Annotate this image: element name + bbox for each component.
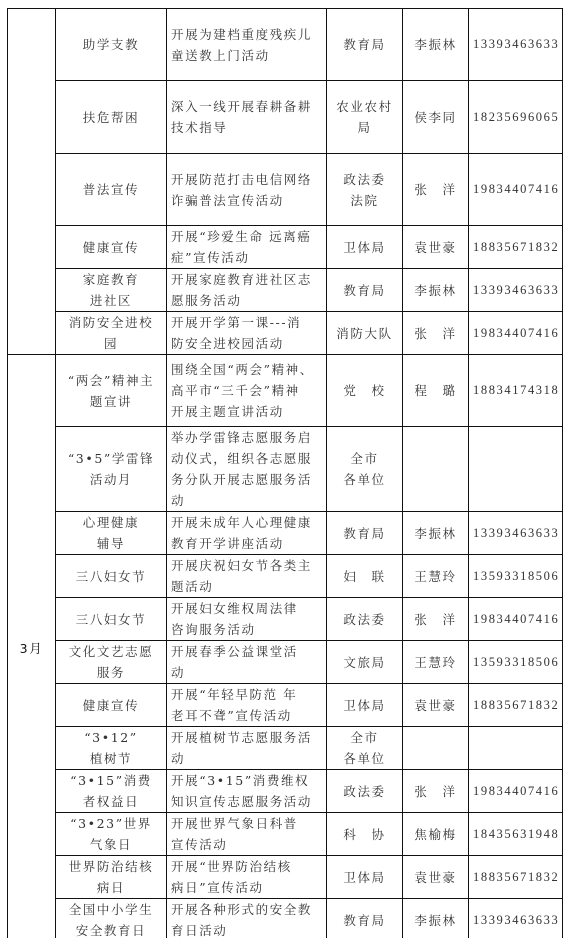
department-cell-line: 党 校 [331, 380, 398, 401]
activity-name-cell-line: 活动月 [60, 469, 162, 490]
activity-description-cell-line: 深入一线开展春耕备耕 [171, 96, 322, 117]
activity-description-cell-line: 开展世界气象日科普 [171, 813, 322, 834]
activity-description-cell: 开展春季公益课堂活动 [167, 641, 327, 684]
table-row: 世界防治结核病日开展“世界防治结核病日”宣传活动卫体局袁世豪1883567183… [8, 856, 563, 899]
department-cell-line: 农业农村 [331, 96, 398, 117]
department-cell: 消防大队 [327, 312, 403, 355]
department-cell-line: 卫体局 [331, 237, 398, 258]
contact-person-cell: 袁世豪 [403, 226, 469, 269]
activity-schedule-table: 助学支教开展为建档重度残疾儿童送教上门活动教育局李振林13393463633扶危… [7, 8, 563, 938]
phone-number-cell: 13593318506 [469, 555, 563, 598]
department-cell-line: 全市 [331, 727, 398, 748]
activity-name-cell-line: 助学支教 [60, 34, 162, 55]
phone-number-cell: 18835671832 [469, 684, 563, 727]
activity-name-cell-line: 健康宣传 [60, 695, 162, 716]
activity-name-cell: “3•23”世界气象日 [56, 813, 167, 856]
activity-name-cell: 普法宣传 [56, 154, 167, 226]
activity-description-cell-line: 开展家庭教育进社区志 [171, 269, 322, 290]
department-cell: 政法委法院 [327, 154, 403, 226]
department-cell-line: 科 协 [331, 824, 398, 845]
phone-number-cell [469, 427, 563, 512]
activity-name-cell: 三八妇女节 [56, 555, 167, 598]
activity-name-cell-line: 安全教育日 [60, 920, 162, 938]
activity-name-cell-line: “3•15”消费 [60, 770, 162, 791]
table-row: 全国中小学生安全教育日开展各种形式的安全教育日活动教育局李振林133934636… [8, 899, 563, 938]
activity-name-cell-line: 健康宣传 [60, 237, 162, 258]
activity-name-cell: 扶危帮困 [56, 81, 167, 154]
contact-person-cell: 李振林 [403, 899, 469, 938]
activity-description-cell-line: 开展植树节志愿服务活 [171, 727, 322, 748]
month-cell [8, 9, 56, 355]
contact-person-cell: 李振林 [403, 512, 469, 555]
phone-number-cell: 19834407416 [469, 770, 563, 813]
table-row: “3•23”世界气象日开展世界气象日科普宣传活动科 协焦榆梅1843563194… [8, 813, 563, 856]
activity-description-cell: 开展庆祝妇女节各类主题活动 [167, 555, 327, 598]
department-cell: 教育局 [327, 9, 403, 81]
activity-name-cell-line: 题宣讲 [60, 391, 162, 412]
activity-name-cell: 助学支教 [56, 9, 167, 81]
contact-person-cell: 李振林 [403, 269, 469, 312]
activity-name-cell-line: “3•5”学雷锋 [60, 448, 162, 469]
department-cell-line: 卫体局 [331, 695, 398, 716]
department-cell-line: 卫体局 [331, 867, 398, 888]
contact-person-cell: 张 洋 [403, 770, 469, 813]
activity-name-cell-line: 心理健康 [60, 512, 162, 533]
activity-name-cell-line: 全国中小学生 [60, 899, 162, 920]
activity-description-cell: 开展家庭教育进社区志愿服务活动 [167, 269, 327, 312]
contact-person-cell: 程 璐 [403, 355, 469, 427]
activity-description-cell-line: 开展为建档重度残疾儿 [171, 24, 322, 45]
activity-description-cell-line: 开展春季公益课堂活 [171, 641, 322, 662]
activity-description-cell: 开展防范打击电信网络诈骗普法宣传活动 [167, 154, 327, 226]
department-cell: 教育局 [327, 899, 403, 938]
activity-name-cell-line: 家庭教育 [60, 269, 162, 290]
activity-description-cell: 开展妇女维权周法律咨询服务活动 [167, 598, 327, 641]
department-cell: 政法委 [327, 770, 403, 813]
department-cell: 党 校 [327, 355, 403, 427]
phone-number-cell: 18835671832 [469, 856, 563, 899]
activity-name-cell: 家庭教育进社区 [56, 269, 167, 312]
table-row: “3•12”植树节开展植树节志愿服务活动全市各单位 [8, 727, 563, 770]
phone-number-cell: 19834407416 [469, 312, 563, 355]
activity-name-cell-line: 病日 [60, 877, 162, 898]
activity-name-cell-line: 植树节 [60, 748, 162, 769]
phone-number-cell: 18235696065 [469, 81, 563, 154]
activity-description-cell-line: 开展“3•15”消费维权 [171, 770, 322, 791]
activity-description-cell-line: 开展“珍爱生命 远离癌 [171, 226, 322, 247]
table-row: 3月“两会”精神主题宣讲围绕全国“两会”精神、高平市“三千会”精神开展主题宣讲活… [8, 355, 563, 427]
activity-name-cell-line: 世界防治结核 [60, 856, 162, 877]
activity-name-cell-line: 消防安全进校 [60, 312, 162, 333]
activity-name-cell-line: “3•23”世界 [60, 813, 162, 834]
contact-person-cell: 李振林 [403, 9, 469, 81]
department-cell: 政法委 [327, 598, 403, 641]
activity-name-cell-line: 三八妇女节 [60, 609, 162, 630]
table-row: 助学支教开展为建档重度残疾儿童送教上门活动教育局李振林13393463633 [8, 9, 563, 81]
department-cell-line: 局 [331, 117, 398, 138]
activity-name-cell-line: 普法宣传 [60, 179, 162, 200]
table-row: “3•5”学雷锋活动月举办学雷锋志愿服务启动仪式，组织各志愿服务分队开展志愿服务… [8, 427, 563, 512]
activity-name-cell: “3•5”学雷锋活动月 [56, 427, 167, 512]
department-cell: 科 协 [327, 813, 403, 856]
activity-description-cell-line: 教育开学讲座活动 [171, 533, 322, 554]
activity-description-cell-line: 咨询服务活动 [171, 619, 322, 640]
table-row: 心理健康辅导开展未成年人心理健康教育开学讲座活动教育局李振林1339346363… [8, 512, 563, 555]
contact-person-cell: 王慧玲 [403, 641, 469, 684]
activity-name-cell: 全国中小学生安全教育日 [56, 899, 167, 938]
phone-number-cell: 18834174318 [469, 355, 563, 427]
department-cell-line: 政法委 [331, 609, 398, 630]
table-row: 健康宣传开展“珍爱生命 远离癌症”宣传活动卫体局袁世豪18835671832 [8, 226, 563, 269]
table-row: 健康宣传开展“年轻早防范 年老耳不聋”宣传活动卫体局袁世豪18835671832 [8, 684, 563, 727]
activity-description-cell: 开展为建档重度残疾儿童送教上门活动 [167, 9, 327, 81]
contact-person-cell: 王慧玲 [403, 555, 469, 598]
department-cell-line: 政法委 [331, 781, 398, 802]
department-cell-line: 法院 [331, 190, 398, 211]
activity-description-cell-line: 开展庆祝妇女节各类主 [171, 555, 322, 576]
department-cell: 文旅局 [327, 641, 403, 684]
activity-description-cell-line: 开展防范打击电信网络 [171, 169, 322, 190]
activity-description-cell-line: 育日活动 [171, 920, 322, 938]
phone-number-cell: 19834407416 [469, 154, 563, 226]
department-cell-line: 文旅局 [331, 652, 398, 673]
department-cell-line: 各单位 [331, 748, 398, 769]
activity-description-cell: 开展各种形式的安全教育日活动 [167, 899, 327, 938]
activity-description-cell-line: 开展开学第一课---消 [171, 312, 322, 333]
department-cell: 卫体局 [327, 684, 403, 727]
activity-description-cell-line: 防安全进校园活动 [171, 333, 322, 354]
activity-name-cell: “3•15”消费者权益日 [56, 770, 167, 813]
activity-description-cell: 开展“年轻早防范 年老耳不聋”宣传活动 [167, 684, 327, 727]
table-body: 助学支教开展为建档重度残疾儿童送教上门活动教育局李振林13393463633扶危… [8, 9, 563, 938]
activity-name-cell: 三八妇女节 [56, 598, 167, 641]
phone-number-cell [469, 727, 563, 770]
activity-name-cell: 消防安全进校园 [56, 312, 167, 355]
activity-name-cell: “两会”精神主题宣讲 [56, 355, 167, 427]
department-cell: 卫体局 [327, 856, 403, 899]
table-row: 家庭教育进社区开展家庭教育进社区志愿服务活动教育局李振林13393463633 [8, 269, 563, 312]
phone-number-cell: 13393463633 [469, 512, 563, 555]
activity-name-cell-line: 文化文艺志愿 [60, 641, 162, 662]
activity-description-cell: 开展开学第一课---消防安全进校园活动 [167, 312, 327, 355]
activity-description-cell-line: 开展“世界防治结核 [171, 856, 322, 877]
contact-person-cell: 袁世豪 [403, 684, 469, 727]
department-cell-line: 教育局 [331, 910, 398, 931]
activity-description-cell: 围绕全国“两会”精神、高平市“三千会”精神开展主题宣讲活动 [167, 355, 327, 427]
department-cell: 教育局 [327, 512, 403, 555]
table-row: 扶危帮困深入一线开展春耕备耕技术指导农业农村局侯李同18235696065 [8, 81, 563, 154]
contact-person-cell [403, 427, 469, 512]
activity-description-cell: 开展植树节志愿服务活动 [167, 727, 327, 770]
contact-person-cell: 焦榆梅 [403, 813, 469, 856]
contact-person-cell: 袁世豪 [403, 856, 469, 899]
contact-person-cell [403, 727, 469, 770]
activity-description-cell: 举办学雷锋志愿服务启动仪式，组织各志愿服务分队开展志愿服务活动 [167, 427, 327, 512]
department-cell-line: 全市 [331, 448, 398, 469]
phone-number-cell: 13393463633 [469, 9, 563, 81]
activity-description-cell-line: 高平市“三千会”精神 [171, 380, 322, 401]
activity-description-cell-line: 开展各种形式的安全教 [171, 899, 322, 920]
activity-name-cell: 世界防治结核病日 [56, 856, 167, 899]
activity-description-cell-line: 愿服务活动 [171, 290, 322, 311]
activity-description-cell-line: 童送教上门活动 [171, 45, 322, 66]
phone-number-cell: 13593318506 [469, 641, 563, 684]
activity-name-cell-line: “两会”精神主 [60, 370, 162, 391]
month-cell: 3月 [8, 355, 56, 938]
activity-description-cell: 开展“世界防治结核病日”宣传活动 [167, 856, 327, 899]
activity-name-cell-line: “3•12” [60, 727, 162, 748]
table-row: “3•15”消费者权益日开展“3•15”消费维权知识宣传志愿服务活动政法委张 洋… [8, 770, 563, 813]
phone-number-cell: 13393463633 [469, 899, 563, 938]
department-cell-line: 教育局 [331, 523, 398, 544]
contact-person-cell: 张 洋 [403, 154, 469, 226]
activity-description-cell-line: 题活动 [171, 576, 322, 597]
activity-description-cell: 开展未成年人心理健康教育开学讲座活动 [167, 512, 327, 555]
activity-name-cell: 健康宣传 [56, 684, 167, 727]
department-cell: 妇 联 [327, 555, 403, 598]
activity-description-cell-line: 开展妇女维权周法律 [171, 598, 322, 619]
department-cell: 全市各单位 [327, 727, 403, 770]
activity-name-cell-line: 三八妇女节 [60, 566, 162, 587]
table-row: 文化文艺志愿服务开展春季公益课堂活动文旅局王慧玲13593318506 [8, 641, 563, 684]
phone-number-cell: 13393463633 [469, 269, 563, 312]
activity-description-cell-line: 病日”宣传活动 [171, 877, 322, 898]
activity-name-cell-line: 气象日 [60, 834, 162, 855]
activity-name-cell: “3•12”植树节 [56, 727, 167, 770]
phone-number-cell: 18835671832 [469, 226, 563, 269]
activity-description-cell: 开展“珍爱生命 远离癌症”宣传活动 [167, 226, 327, 269]
activity-name-cell: 心理健康辅导 [56, 512, 167, 555]
activity-description-cell-line: 动 [171, 748, 322, 769]
contact-person-cell: 张 洋 [403, 598, 469, 641]
activity-name-cell-line: 进社区 [60, 290, 162, 311]
department-cell: 全市各单位 [327, 427, 403, 512]
table-row: 三八妇女节开展庆祝妇女节各类主题活动妇 联王慧玲13593318506 [8, 555, 563, 598]
activity-name-cell-line: 服务 [60, 662, 162, 683]
activity-name-cell-line: 园 [60, 333, 162, 354]
activity-name-cell: 文化文艺志愿服务 [56, 641, 167, 684]
activity-description-cell-line: 技术指导 [171, 117, 322, 138]
activity-description-cell-line: 宣传活动 [171, 834, 322, 855]
activity-description-cell-line: 老耳不聋”宣传活动 [171, 705, 322, 726]
activity-description-cell-line: 开展“年轻早防范 年 [171, 684, 322, 705]
activity-name-cell: 健康宣传 [56, 226, 167, 269]
activity-description-cell: 开展世界气象日科普宣传活动 [167, 813, 327, 856]
contact-person-cell: 侯李同 [403, 81, 469, 154]
department-cell-line: 妇 联 [331, 566, 398, 587]
activity-name-cell-line: 者权益日 [60, 791, 162, 812]
contact-person-cell: 张 洋 [403, 312, 469, 355]
phone-number-cell: 18435631948 [469, 813, 563, 856]
phone-number-cell: 19834407416 [469, 598, 563, 641]
activity-description-cell-line: 开展未成年人心理健康 [171, 512, 322, 533]
department-cell: 教育局 [327, 269, 403, 312]
department-cell: 农业农村局 [327, 81, 403, 154]
department-cell: 卫体局 [327, 226, 403, 269]
activity-description-cell-line: 症”宣传活动 [171, 247, 322, 268]
department-cell-line: 消防大队 [331, 323, 398, 344]
activity-name-cell-line: 辅导 [60, 533, 162, 554]
table-row: 消防安全进校园开展开学第一课---消防安全进校园活动消防大队张 洋1983440… [8, 312, 563, 355]
activity-description-cell-line: 诈骗普法宣传活动 [171, 190, 322, 211]
department-cell-line: 教育局 [331, 34, 398, 55]
activity-description-cell-line: 围绕全国“两会”精神、 [171, 359, 322, 380]
activity-description-cell-line: 动仪式，组织各志愿服 [171, 448, 322, 469]
department-cell-line: 政法委 [331, 169, 398, 190]
activity-description-cell-line: 开展主题宣讲活动 [171, 401, 322, 422]
department-cell-line: 教育局 [331, 280, 398, 301]
table-row: 三八妇女节开展妇女维权周法律咨询服务活动政法委张 洋19834407416 [8, 598, 563, 641]
activity-description-cell: 开展“3•15”消费维权知识宣传志愿服务活动 [167, 770, 327, 813]
table-row: 普法宣传开展防范打击电信网络诈骗普法宣传活动政法委法院张 洋1983440741… [8, 154, 563, 226]
department-cell-line: 各单位 [331, 469, 398, 490]
activity-description-cell-line: 动 [171, 490, 322, 511]
activity-description-cell-line: 举办学雷锋志愿服务启 [171, 427, 322, 448]
activity-description-cell: 深入一线开展春耕备耕技术指导 [167, 81, 327, 154]
activity-description-cell-line: 动 [171, 662, 322, 683]
activity-description-cell-line: 知识宣传志愿服务活动 [171, 791, 322, 812]
activity-description-cell-line: 务分队开展志愿服务活 [171, 469, 322, 490]
activity-name-cell-line: 扶危帮困 [60, 107, 162, 128]
